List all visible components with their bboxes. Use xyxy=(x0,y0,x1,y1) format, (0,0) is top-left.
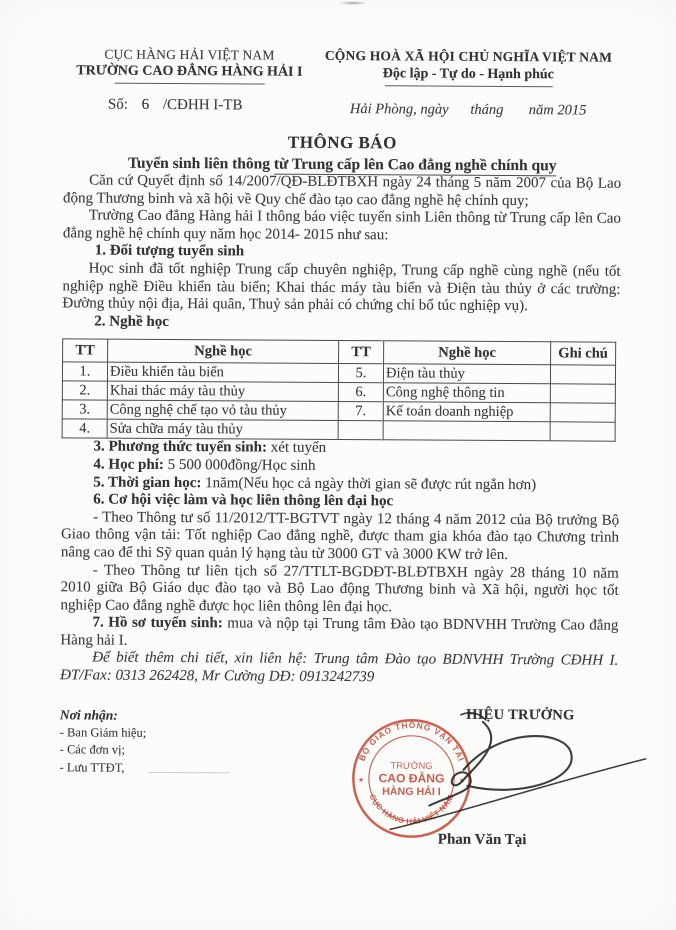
motto-underline xyxy=(384,85,552,87)
doc-title: THÔNG BÁO xyxy=(63,131,621,154)
course-table: TT Nghề học TT Nghề học Ghi chú 1. Điều … xyxy=(62,339,617,442)
doc-number-value: 6 xyxy=(132,97,160,113)
doc-number-label: Số: xyxy=(108,97,128,113)
cell-tt: 1. xyxy=(62,362,107,381)
cell-trade: Sửa chữa máy tàu thủy xyxy=(107,419,338,439)
cell-trade: Điều khiển tàu biển xyxy=(107,362,338,382)
section4-label: 4. Học phí: xyxy=(93,456,164,472)
cell-tt: 3. xyxy=(62,400,107,419)
parent-agency-name: CỤC HÀNG HẢI VIỆT NAM xyxy=(64,46,315,64)
cell-tt: 4. xyxy=(62,419,107,438)
cell-trade: Công nghệ thông tin xyxy=(383,383,550,403)
cell-trade: Kế toán doanh nghiệp xyxy=(383,402,550,422)
letterhead-underline xyxy=(114,83,264,85)
col-header-trade-right: Nghề học xyxy=(384,341,551,365)
paragraph-legal-basis: Căn cứ Quyết định số 14/2007/QĐ-BLĐTBXH … xyxy=(63,172,621,211)
doc-subtitle-prefix: Tuyển sinh liên thông xyxy=(128,155,274,173)
col-header-tt-right: TT xyxy=(339,341,384,364)
document-sheet: CỤC HÀNG HẢI VIỆT NAM TRƯỜNG CAO ĐẲNG HÀ… xyxy=(0,0,676,930)
col-header-notes: Ghi chú xyxy=(551,342,616,365)
cell-note xyxy=(550,422,615,441)
doc-number-suffix: /CĐHH I-TB xyxy=(163,97,243,113)
national-header-block: CỘNG HOÀ XÃ HỘI CHỦ NGHĨA VIỆT NAM Độc l… xyxy=(315,48,622,120)
section5-value: 1năm(Nếu học cả ngày thời gian sẽ được r… xyxy=(201,475,536,493)
scanned-document-page: CỤC HÀNG HẢI VIỆT NAM TRƯỜNG CAO ĐẲNG HÀ… xyxy=(0,0,676,930)
school-name: TRƯỜNG CAO ĐẲNG HÀNG HẢI I xyxy=(64,63,315,81)
section4-value: 5 500 000đồng/Học sinh xyxy=(164,457,316,474)
national-motto: Độc lập - Tự do - Hạnh phúc xyxy=(315,66,622,84)
col-header-tt-left: TT xyxy=(63,339,108,362)
cell-tt xyxy=(338,421,383,440)
section6-paragraph-2: - Theo Thông tư liên tịch số 27/TTLT-BGD… xyxy=(61,562,619,618)
cell-tt: 5. xyxy=(338,364,383,383)
cell-tt: 2. xyxy=(62,381,107,400)
section5-label: 5. Thời gian học: xyxy=(93,474,201,491)
letterhead: CỤC HÀNG HẢI VIỆT NAM TRƯỜNG CAO ĐẲNG HÀ… xyxy=(64,46,622,119)
cell-trade xyxy=(383,421,550,441)
footer-block: Nơi nhận: - Ban Giám hiệu; - Các đơn vị;… xyxy=(59,707,618,906)
paragraph-announcement: Trường Cao đẳng Hàng hải I thông báo việ… xyxy=(63,208,621,247)
cell-note xyxy=(550,365,615,384)
contact-info: Để biết thêm chi tiết, xin liên hệ: Trun… xyxy=(60,650,618,689)
cell-tt: 6. xyxy=(338,383,383,402)
section3-value: xét tuyển xyxy=(267,440,326,456)
col-header-trade-left: Nghề học xyxy=(108,339,339,363)
cell-trade: Khai thác máy tàu thủy xyxy=(107,381,338,401)
section2-heading: 2. Nghề học xyxy=(94,313,620,334)
doc-number: Số: 6 /CĐHH I-TB xyxy=(64,96,287,114)
section3-label: 3. Phương thức tuyển sinh: xyxy=(93,439,267,456)
place-dateline: Hải Phòng, ngày tháng năm 2015 xyxy=(315,101,622,120)
cell-note xyxy=(550,384,615,403)
cell-note xyxy=(550,403,615,422)
cell-trade: Điện tàu thủy xyxy=(383,364,550,384)
issuing-org-block: CỤC HÀNG HẢI VIỆT NAM TRƯỜNG CAO ĐẲNG HÀ… xyxy=(64,46,316,118)
republic-title: CỘNG HOÀ XÃ HỘI CHỦ NGHĨA VIỆT NAM xyxy=(315,48,622,66)
cell-tt: 7. xyxy=(338,402,383,421)
cell-trade: Công nghệ chế tạo vỏ tàu thủy xyxy=(107,400,338,420)
signer-name: Phan Văn Tại xyxy=(407,831,557,849)
section7-label: 7. Hồ sơ tuyển sinh: xyxy=(92,615,222,632)
section6-paragraph-1: - Theo Thông tư số 11/2012/TT-BGTVT ngày… xyxy=(61,509,619,565)
table-header-row: TT Nghề học TT Nghề học Ghi chú xyxy=(63,339,616,365)
section7-line: 7. Hồ sơ tuyển sinh: mua và nộp tại Trun… xyxy=(60,615,618,654)
section1-text: Học sinh đã tốt nghiệp Trung cấp chuyên … xyxy=(62,260,620,316)
